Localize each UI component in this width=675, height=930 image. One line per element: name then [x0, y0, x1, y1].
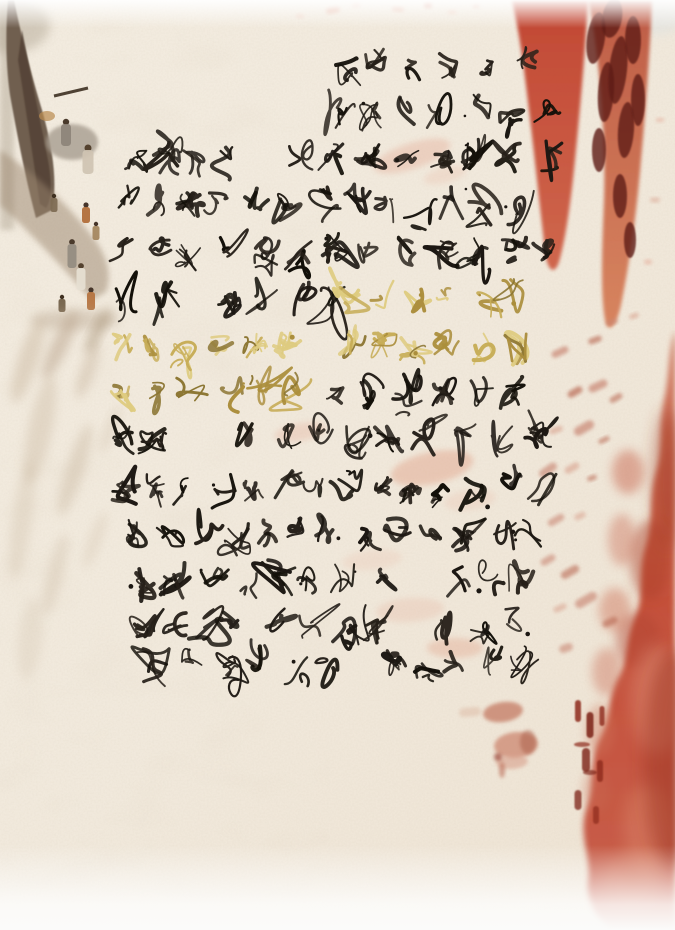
painting-svg: [0, 0, 675, 930]
cargo-accent: [39, 111, 55, 121]
artwork-canvas: [0, 0, 675, 930]
top-white-fade: [0, 0, 675, 28]
bottom-white-fade: [0, 845, 675, 930]
